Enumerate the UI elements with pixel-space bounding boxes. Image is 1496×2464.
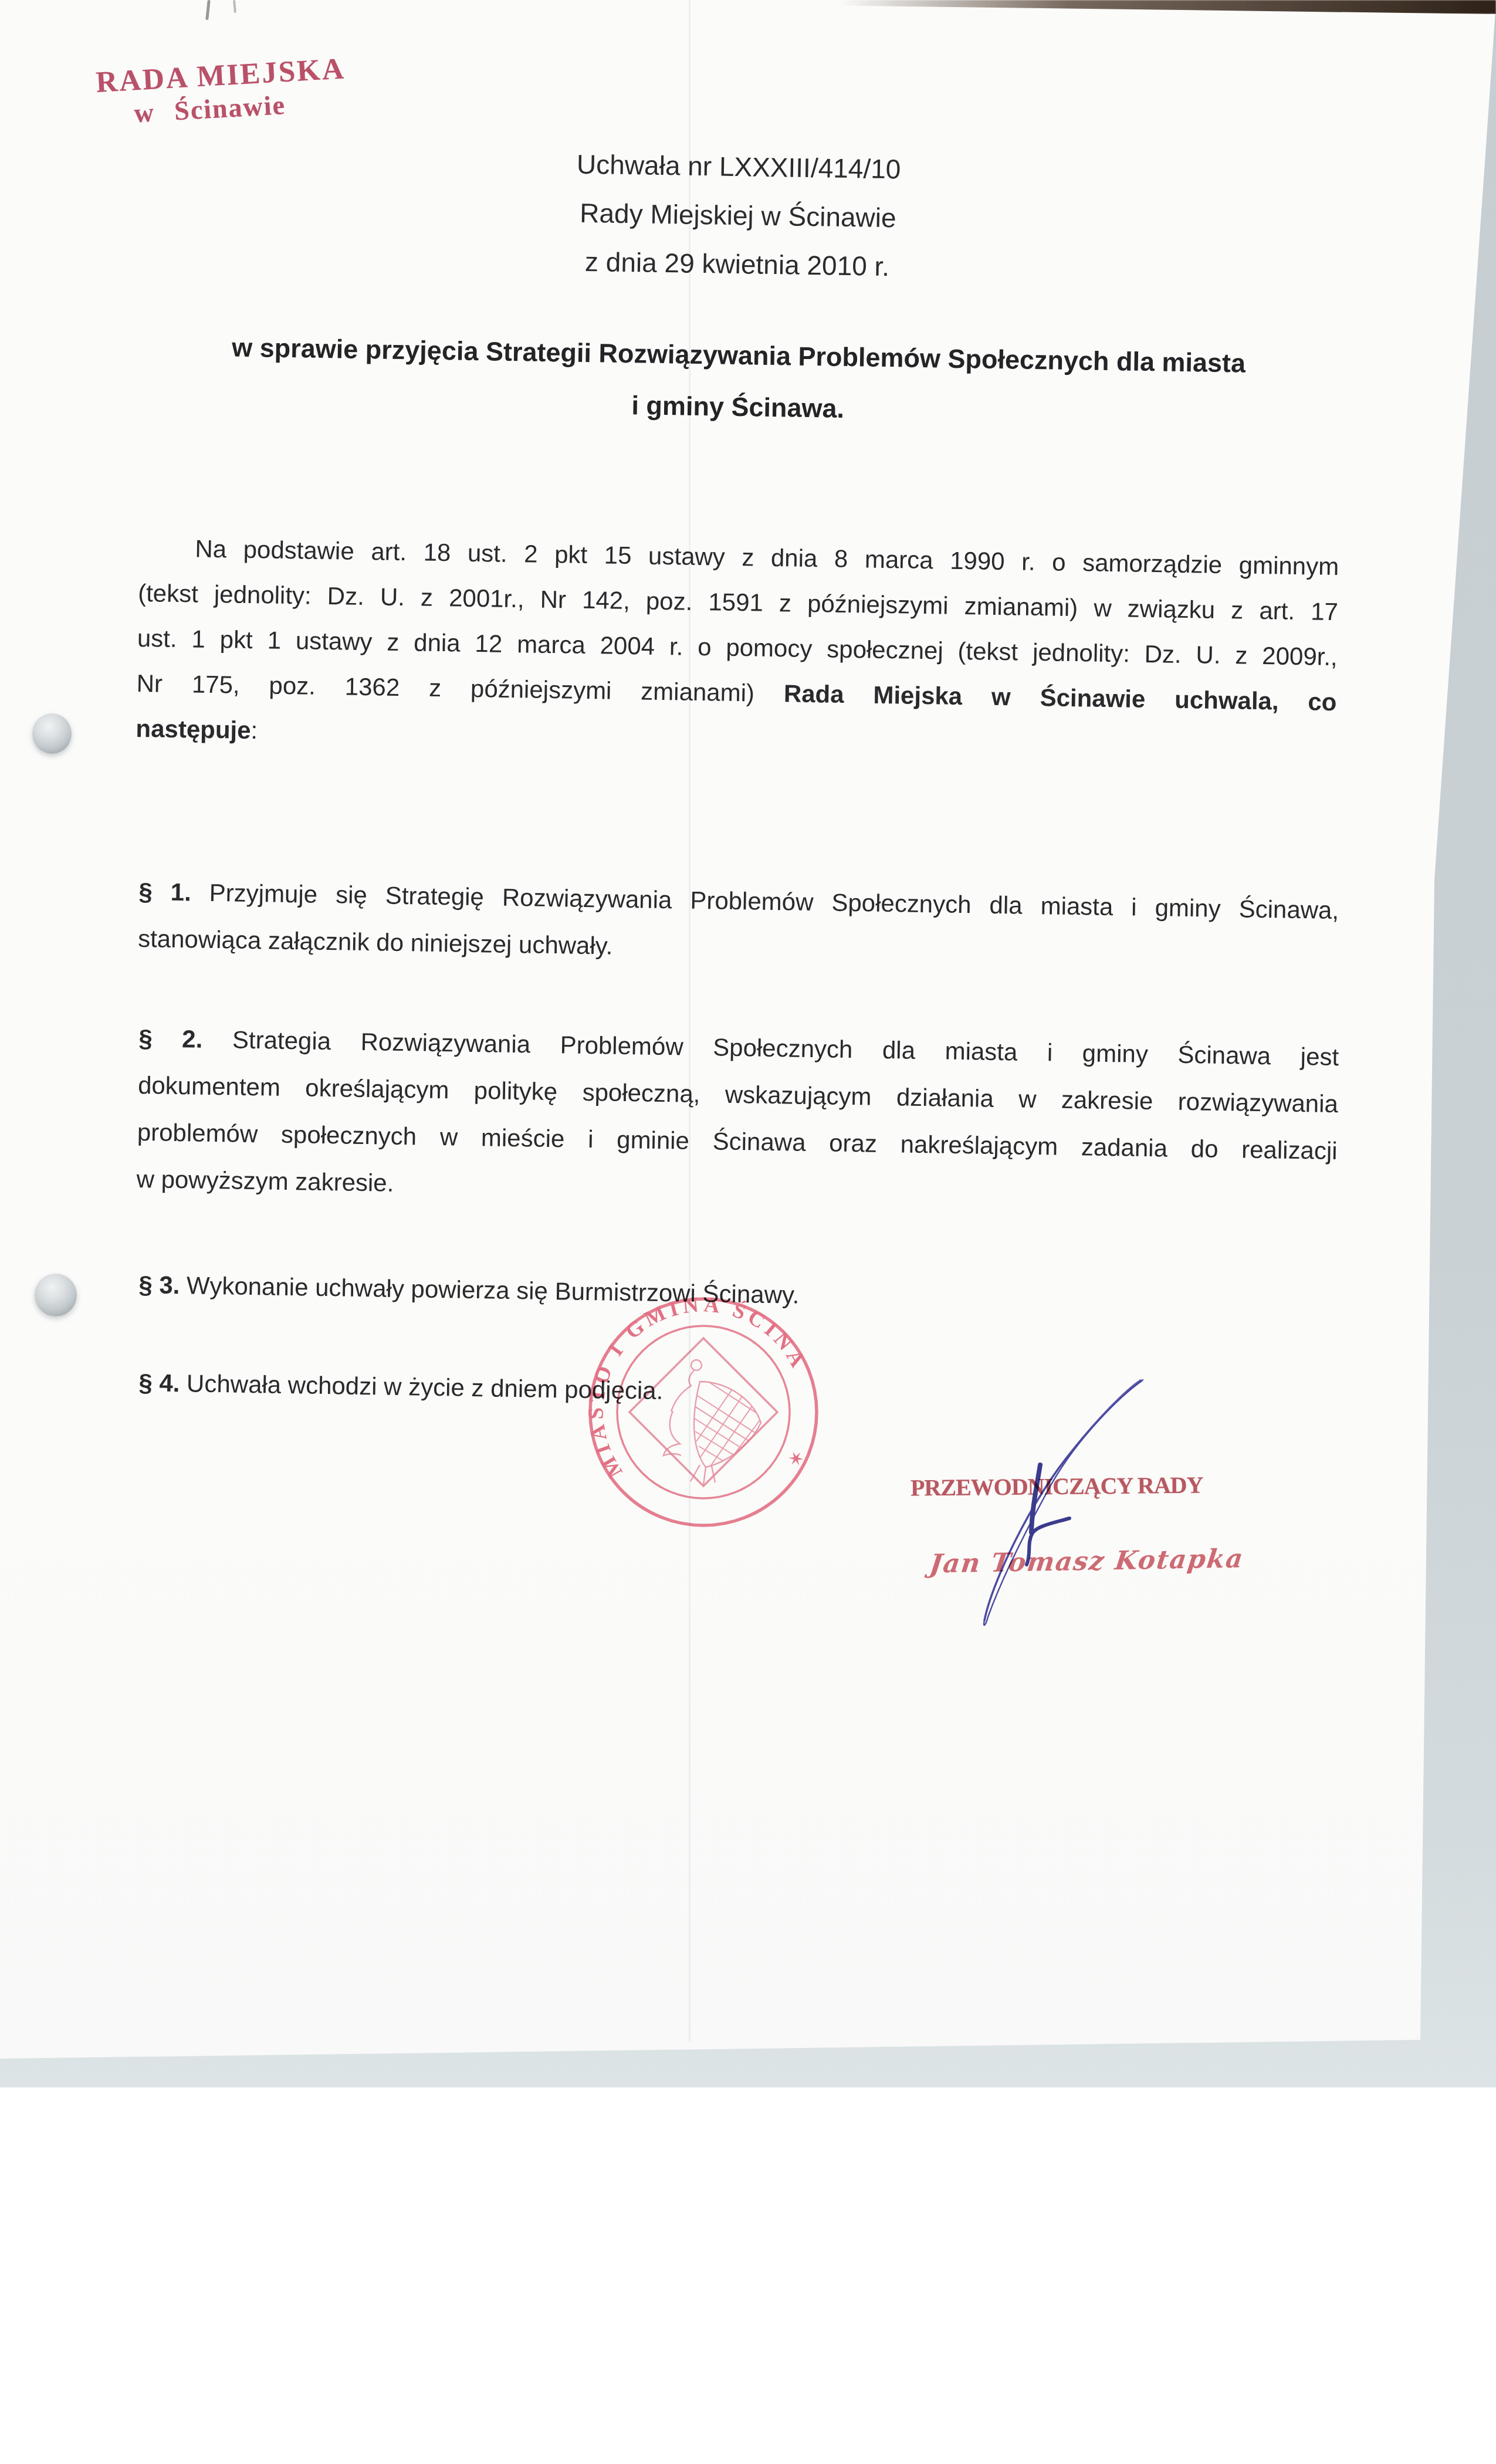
scan-smudge bbox=[205, 0, 211, 20]
scan-smudge bbox=[233, 0, 236, 13]
council-header-stamp: RADA MIEJSKA w Ścinawie bbox=[95, 52, 348, 131]
legal-basis-paragraph: Na podstawie art. 18 ust. 2 pkt 15 ustaw… bbox=[136, 525, 1339, 770]
seal-ring-text: MIASTO I GMINA ŚCINAWA bbox=[585, 1294, 810, 1482]
binder-dot bbox=[35, 1274, 77, 1316]
document-page: RADA MIEJSKA w Ścinawie Uchwała nr LXXXI… bbox=[0, 0, 1496, 2060]
pen-signature bbox=[903, 1361, 1185, 1725]
eagle-emblem-icon bbox=[664, 1360, 768, 1485]
municipal-seal-stamp: MIASTO I GMINA ŚCINAWA ✶ bbox=[585, 1294, 822, 1531]
section-1: § 1. Przyjmuje się Strategię Rozwiązywan… bbox=[137, 868, 1339, 981]
paper-crease bbox=[689, 0, 691, 2042]
binder-dot bbox=[32, 713, 72, 754]
resolution-title: Uchwała nr LXXXIII/414/10Rady Miejskiej … bbox=[137, 133, 1339, 298]
resolution-subject: w sprawie przyjęcia Strategii Rozwiązywa… bbox=[137, 320, 1339, 442]
section-2: § 2. Strategia Rozwiązywania Problemów S… bbox=[136, 1015, 1339, 1221]
seal-star-icon: ✶ bbox=[782, 1445, 808, 1473]
